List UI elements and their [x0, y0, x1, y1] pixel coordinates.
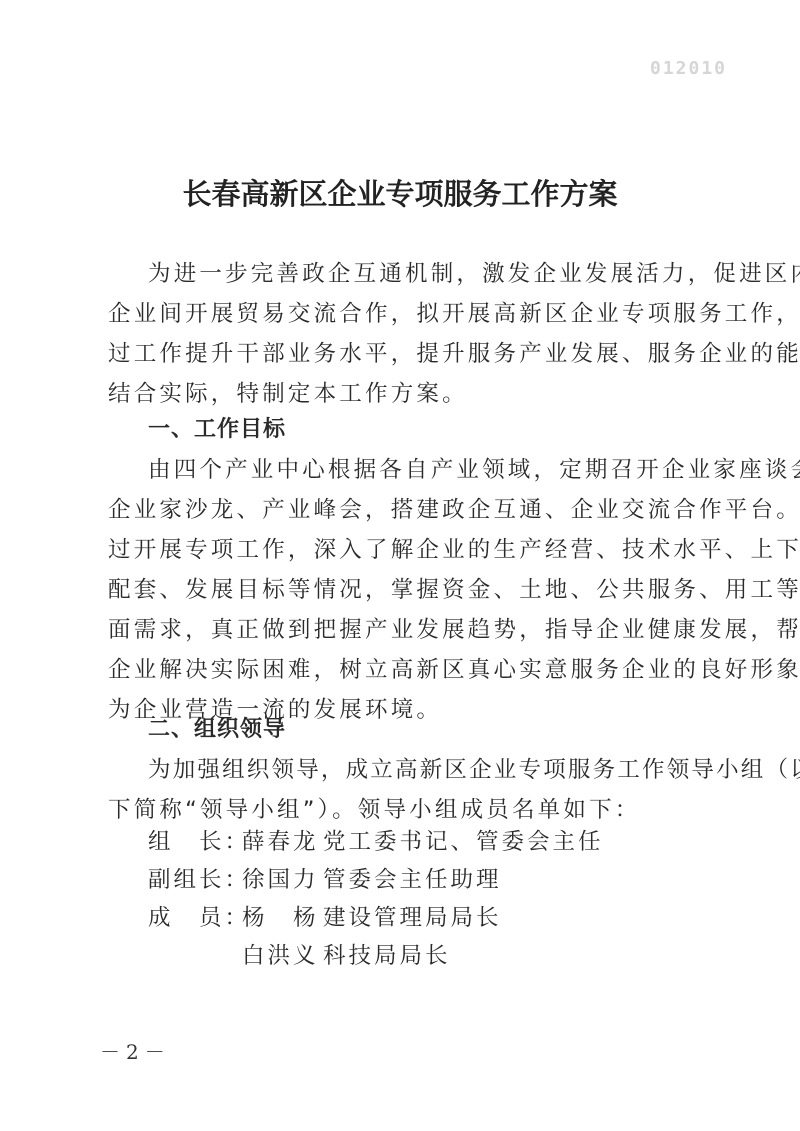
archive-stamp-number: 012010	[650, 58, 727, 79]
org-line-2: 下简称“领导小组”）。领导小组成员名单如下：	[108, 792, 640, 824]
intro-line-3: 过工作提升干部业务水平，提升服务产业发展、服务企业的能力。	[108, 336, 800, 368]
intro-line-1: 为进一步完善政企互通机制，激发企业发展活力，促进区内	[148, 256, 800, 288]
member-position: 党工委书记、管委会主任	[323, 824, 604, 856]
member-position: 管委会主任助理	[323, 862, 502, 894]
goals-line-5: 面需求，真正做到把握产业发展趋势，指导企业健康发展，帮助	[108, 612, 800, 644]
section-heading-organization: 二、组织领导	[148, 712, 286, 743]
goals-line-6: 企业解决实际困难，树立高新区真心实意服务企业的良好形象，	[108, 652, 800, 684]
goals-line-1: 由四个产业中心根据各自产业领域，定期召开企业家座谈会、	[148, 452, 800, 484]
page-number: －2－	[100, 1036, 171, 1065]
intro-line-2: 企业间开展贸易交流合作，拟开展高新区企业专项服务工作，通	[108, 296, 800, 328]
goals-line-3: 过开展专项工作，深入了解企业的生产经营、技术水平、上下游	[108, 532, 800, 564]
member-name: 白洪义	[242, 938, 319, 970]
goals-line-2: 企业家沙龙、产业峰会，搭建政企互通、企业交流合作平台。通	[108, 492, 800, 524]
member-name: 徐国力	[242, 862, 319, 894]
member-role: 组 长：	[148, 824, 250, 856]
goals-line-4: 配套、发展目标等情况，掌握资金、土地、公共服务、用工等方	[108, 572, 800, 604]
member-name: 薛春龙	[242, 824, 319, 856]
member-position: 建设管理局局长	[323, 900, 502, 932]
org-line-1: 为加强组织领导，成立高新区企业专项服务工作领导小组（以	[148, 752, 800, 784]
section-heading-goals: 一、工作目标	[148, 412, 286, 443]
member-name: 杨 杨	[242, 900, 319, 932]
intro-line-4: 结合实际，特制定本工作方案。	[108, 376, 468, 408]
member-role: 成 员：	[148, 900, 250, 932]
member-position: 科技局局长	[323, 938, 451, 970]
document-title: 长春高新区企业专项服务工作方案	[0, 172, 800, 213]
document-page: 012010 长春高新区企业专项服务工作方案 为进一步完善政企互通机制，激发企业…	[0, 0, 800, 1131]
member-role: 副组长：	[148, 862, 250, 894]
